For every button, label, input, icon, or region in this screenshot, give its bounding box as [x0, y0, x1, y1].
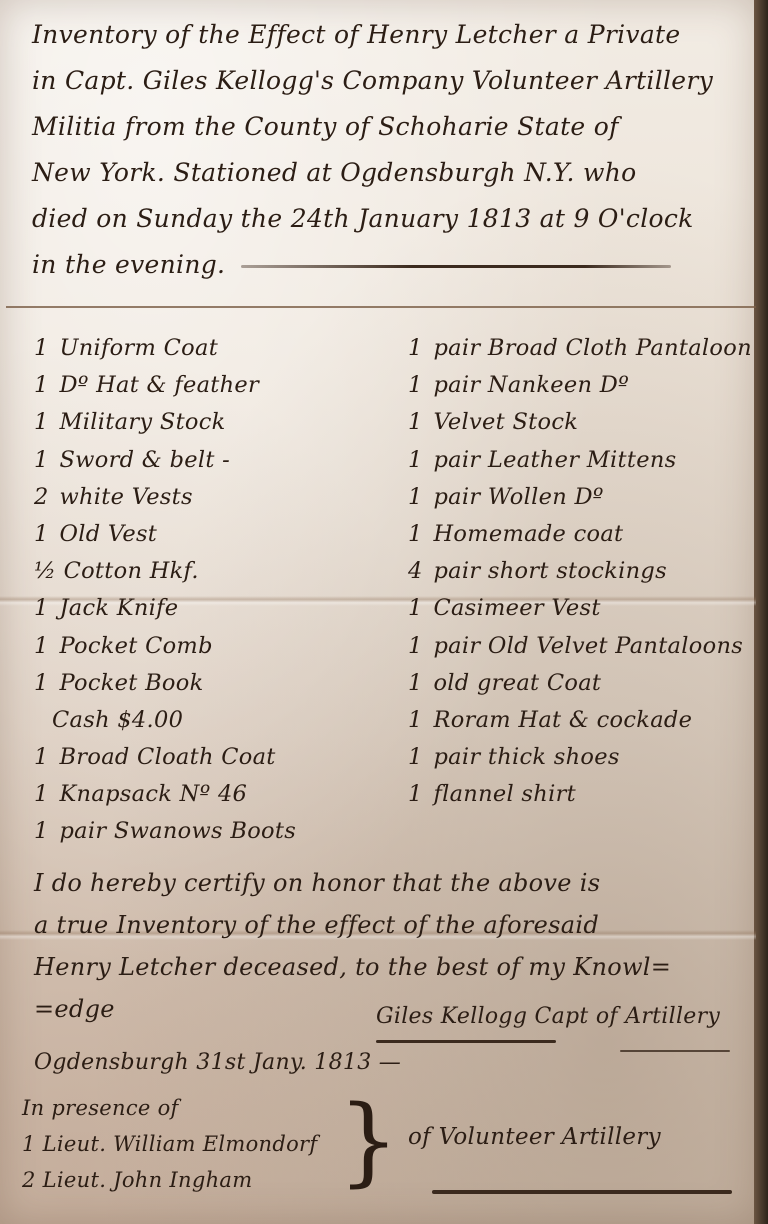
item-quantity: 1 — [408, 776, 426, 813]
inventory-item: 1 pair Swanows Boots — [34, 813, 384, 850]
header-line-text: in the evening. — [32, 250, 225, 279]
inventory-left-column: 1 Uniform Coat 1 Dº Hat & feather 1 Mili… — [34, 330, 384, 851]
item-quantity: 1 — [408, 665, 426, 702]
header-line: in Capt. Giles Kellogg's Company Volunte… — [32, 58, 752, 104]
inventory-item: 1 pair thick shoes — [408, 739, 748, 776]
inventory-item: 1 pair Wollen Dº — [408, 479, 748, 516]
unit-flourish — [432, 1190, 732, 1194]
inventory-item: 1 pair Nankeen Dº — [408, 367, 748, 404]
item-name: pair Wollen Dº — [433, 484, 603, 510]
unit-name: of Volunteer Artillery — [408, 1120, 661, 1154]
header-line-last: in the evening. — [32, 242, 752, 288]
inventory-item-cash: Cash $4.00 — [34, 702, 384, 739]
inventory-item: ½ Cotton Hkf. — [34, 553, 384, 590]
inventory-item: 1 Pocket Book — [34, 665, 384, 702]
item-name: Jack Knife — [59, 595, 178, 621]
item-name: Dº Hat & feather — [59, 372, 259, 398]
captain-signature: Giles Kellogg Capt of Artillery — [376, 1000, 720, 1034]
item-quantity: 1 — [34, 590, 52, 627]
item-name: Casimeer Vest — [433, 595, 600, 621]
item-quantity: 1 — [34, 813, 52, 850]
item-name: Cash $4.00 — [52, 707, 183, 733]
date-line: Ogdensburgh 31st Jany. 1813 — — [34, 1046, 401, 1080]
item-quantity: 1 — [34, 367, 52, 404]
inventory-right-column: 1 pair Broad Cloth Pantaloon 1 pair Nank… — [408, 330, 748, 813]
inventory-item: 2 white Vests — [34, 479, 384, 516]
item-quantity: 1 — [34, 739, 52, 776]
header-line: Inventory of the Effect of Henry Letcher… — [32, 12, 752, 58]
header-line: New York. Stationed at Ogdensburgh N.Y. … — [32, 150, 752, 196]
inventory-item: 1 Uniform Coat — [34, 330, 384, 367]
item-name: pair thick shoes — [433, 744, 619, 770]
header-line: died on Sunday the 24th January 1813 at … — [32, 196, 752, 242]
document-header: Inventory of the Effect of Henry Letcher… — [32, 12, 752, 288]
witness-block: In presence of 1 Lieut. William Elmondor… — [22, 1090, 317, 1198]
inventory-item: 1 Sword & belt - — [34, 442, 384, 479]
item-name: pair Broad Cloth Pantaloon — [433, 335, 751, 361]
item-quantity: 1 — [408, 702, 426, 739]
witness-name: 2 Lieut. John Ingham — [22, 1162, 317, 1198]
inventory-item: 1 Knapsack Nº 46 — [34, 776, 384, 813]
item-quantity: 1 — [34, 404, 52, 441]
closing-rule — [241, 265, 671, 268]
item-quantity: 2 — [34, 479, 52, 516]
signature-flourish — [620, 1050, 730, 1052]
inventory-item: 1 pair Old Velvet Pantaloons — [408, 628, 748, 665]
item-quantity: 1 — [408, 628, 426, 665]
inventory-item: 1 pair Broad Cloth Pantaloon — [408, 330, 748, 367]
item-name: Broad Cloath Coat — [59, 744, 275, 770]
item-name: pair short stockings — [433, 558, 666, 584]
item-quantity: 1 — [34, 776, 52, 813]
fold-line-top — [6, 306, 756, 308]
item-name: Pocket Comb — [59, 633, 212, 659]
item-name: Sword & belt - — [59, 447, 230, 473]
inventory-item: 1 Jack Knife — [34, 590, 384, 627]
item-name: Pocket Book — [59, 670, 203, 696]
certification-line: I do hereby certify on honor that the ab… — [34, 862, 744, 904]
item-quantity: 1 — [408, 516, 426, 553]
item-quantity: 1 — [34, 516, 52, 553]
inventory-item: 1 old great Coat — [408, 665, 748, 702]
item-name: white Vests — [59, 484, 192, 510]
item-quantity: 1 — [408, 479, 426, 516]
inventory-item: 4 pair short stockings — [408, 553, 748, 590]
brace-mark: } — [338, 1086, 399, 1196]
item-quantity: 1 — [34, 628, 52, 665]
item-quantity: 4 — [408, 553, 426, 590]
item-name: flannel shirt — [433, 781, 576, 807]
item-name: pair Swanows Boots — [59, 818, 296, 844]
item-quantity: 1 — [408, 330, 426, 367]
witness-name: 1 Lieut. William Elmondorf — [22, 1126, 317, 1162]
inventory-item: 1 Pocket Comb — [34, 628, 384, 665]
inventory-item: 1 Roram Hat & cockade — [408, 702, 748, 739]
certification-line: a true Inventory of the effect of the af… — [34, 904, 744, 946]
item-name: pair Old Velvet Pantaloons — [433, 633, 743, 659]
item-name: Roram Hat & cockade — [433, 707, 692, 733]
item-name: Old Vest — [59, 521, 157, 547]
inventory-item: 1 Broad Cloath Coat — [34, 739, 384, 776]
inventory-item: 1 flannel shirt — [408, 776, 748, 813]
item-name: Military Stock — [59, 409, 225, 435]
item-name: pair Nankeen Dº — [433, 372, 629, 398]
inventory-item: 1 Velvet Stock — [408, 404, 748, 441]
signature-flourish — [376, 1040, 556, 1043]
inventory-item: 1 Old Vest — [34, 516, 384, 553]
item-quantity: 1 — [408, 367, 426, 404]
item-quantity: ½ — [34, 553, 56, 590]
item-name: Homemade coat — [433, 521, 623, 547]
inventory-item: 1 Dº Hat & feather — [34, 367, 384, 404]
item-quantity: 1 — [408, 404, 426, 441]
header-line: Militia from the County of Schoharie Sta… — [32, 104, 752, 150]
item-name: Knapsack Nº 46 — [59, 781, 247, 807]
item-name: pair Leather Mittens — [433, 447, 676, 473]
presence-heading: In presence of — [22, 1090, 317, 1126]
item-quantity: 1 — [408, 442, 426, 479]
item-name: Velvet Stock — [433, 409, 578, 435]
inventory-item: 1 pair Leather Mittens — [408, 442, 748, 479]
item-quantity: 1 — [408, 739, 426, 776]
item-quantity: 1 — [34, 665, 52, 702]
item-quantity: 1 — [408, 590, 426, 627]
item-quantity: 1 — [34, 330, 52, 367]
inventory-item: 1 Military Stock — [34, 404, 384, 441]
inventory-item: 1 Homemade coat — [408, 516, 748, 553]
inventory-item: 1 Casimeer Vest — [408, 590, 748, 627]
certification-line: Henry Letcher deceased, to the best of m… — [34, 946, 744, 988]
item-name: Uniform Coat — [59, 335, 218, 361]
item-name: Cotton Hkf. — [64, 558, 199, 584]
item-quantity: 1 — [34, 442, 52, 479]
paper-edge — [754, 0, 768, 1224]
item-name: old great Coat — [433, 670, 601, 696]
